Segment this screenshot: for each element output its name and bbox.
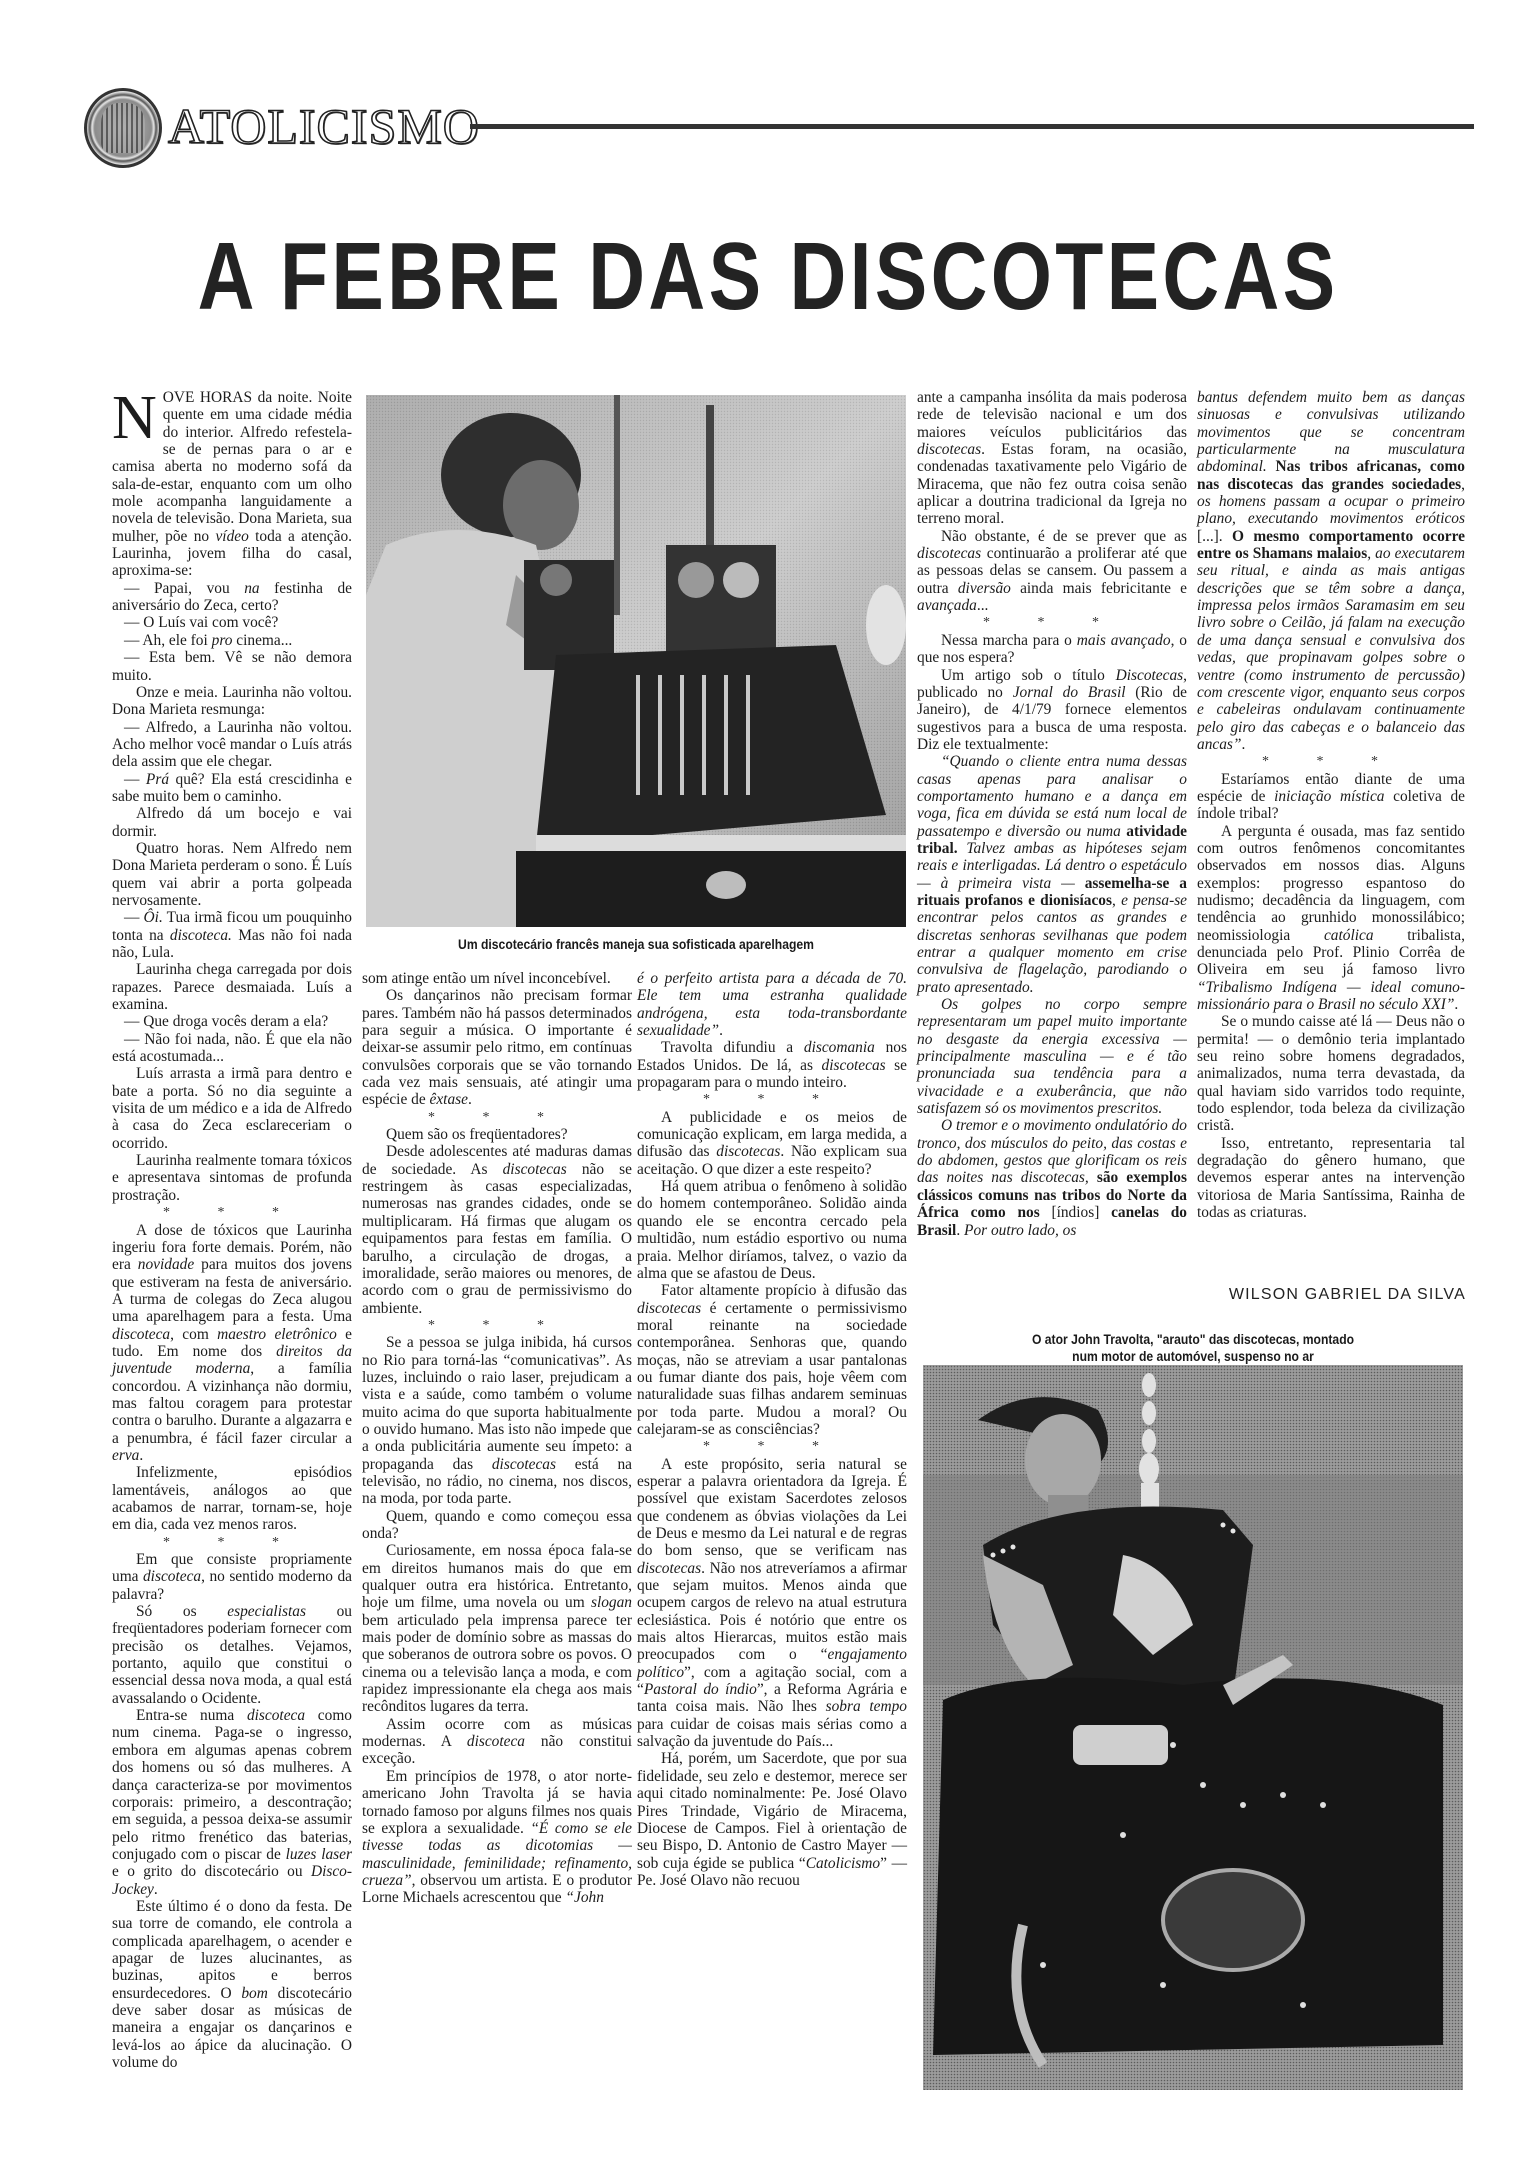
masthead-title: ATOLICISMO [168, 96, 480, 156]
article-paragraph: Infelizmente, episódios lamentáveis, aná… [112, 1464, 352, 1533]
section-separator: * * * [917, 614, 1187, 631]
article-paragraph: Se a pessoa se julga inibida, há cursos … [362, 1334, 632, 1507]
article-paragraph: Quatro horas. Nem Alfredo nem Dona Marie… [112, 840, 352, 909]
dialogue-line: — Que droga vocês deram a ela? [112, 1013, 352, 1030]
article-paragraph: Em princípios de 1978, o ator norte-amer… [362, 1768, 632, 1907]
article-paragraph: NOVE HORAS da noite. Noite quente em uma… [112, 389, 352, 580]
section-separator: * * * [637, 1091, 907, 1108]
article-paragraph: A publicidade e os meios de comunicação … [637, 1109, 907, 1178]
article-paragraph: ante a campanha insólita da mais poderos… [917, 389, 1187, 528]
photo-travolta-caption-line1: O ator John Travolta, "arauto" das disco… [950, 1332, 1436, 1348]
dialogue-line: — Ah, ele foi pro cinema... [112, 632, 352, 649]
article-paragraph: Os golpes no corpo sempre representaram … [917, 996, 1187, 1117]
author-byline: WILSON GABRIEL DA SILVA [1198, 1286, 1466, 1304]
article-headline: A FEBRE DAS DISCOTECAS [138, 222, 1398, 332]
article-paragraph: Travolta difundiu a discomania nos Estad… [637, 1039, 907, 1091]
dialogue-line: — Esta bem. Vê se não demora muito. [112, 649, 352, 684]
john-travolta-image [923, 1365, 1463, 2090]
dialogue-line: — Papai, vou na festinha de aniversário … [112, 580, 352, 615]
article-paragraph: Estaríamos então diante de uma espécie d… [1197, 771, 1465, 823]
article-column-4: ante a campanha insólita da mais poderos… [917, 389, 1187, 1239]
dialogue-line: — O Luís vai com você? [112, 614, 352, 631]
article-paragraph: A este propósito, seria natural se esper… [637, 1456, 907, 1751]
article-paragraph: Nessa marcha para o mais avançado, o que… [917, 632, 1187, 667]
article-paragraph: Laurinha chega carregada por dois rapaze… [112, 961, 352, 1013]
article-column-2: som atinge então um nível inconcebível.O… [362, 970, 632, 1907]
article-paragraph: Onze e meia. Laurinha não voltou. Dona M… [112, 684, 352, 719]
seal-figures-icon [101, 103, 145, 153]
article-column-1: NOVE HORAS da noite. Noite quente em uma… [112, 389, 352, 2071]
photo-john-travolta [923, 1365, 1463, 2090]
article-paragraph: Alfredo dá um bocejo e vai dormir. [112, 805, 352, 840]
dialogue-line: — Prá quê? Ela está crescidinha e sabe m… [112, 771, 352, 806]
section-separator: * * * [112, 1534, 352, 1551]
article-paragraph: Este último é o dono da festa. De sua to… [112, 1898, 352, 2071]
article-column-3: é o perfeito artista para a década de 70… [637, 970, 907, 1889]
photo-disc-jockey-caption: Um discotecário francês maneja sua sofis… [393, 937, 879, 953]
article-paragraph: Há quem atribua o fenômeno à solidão do … [637, 1178, 907, 1282]
article-paragraph: Entra-se numa discoteca como num cinema.… [112, 1707, 352, 1898]
article-paragraph: Não obstante, é de se prever que as disc… [917, 528, 1187, 615]
masthead: ATOLICISMO [84, 86, 1474, 176]
dialogue-line: — Ôi. Tua irmã ficou um pouquinho tonta … [112, 909, 352, 961]
article-paragraph: som atinge então um nível inconcebível. [362, 970, 632, 987]
article-paragraph: Luís arrasta a irmã para dentro e bate a… [112, 1065, 352, 1152]
article-paragraph: Desde adolescentes até maduras damas de … [362, 1143, 632, 1316]
section-separator: * * * [1197, 753, 1465, 770]
article-paragraph: Quem são os freqüentadores? [362, 1126, 632, 1143]
dialogue-line: — Alfredo, a Laurinha não voltou. Acho m… [112, 719, 352, 771]
masthead-rule [470, 124, 1474, 129]
article-paragraph: bantus defendem muito bem as danças sinu… [1197, 389, 1465, 753]
article-paragraph: é o perfeito artista para a década de 70… [637, 970, 907, 1039]
article-paragraph: Há, porém, um Sacerdote, que por sua fid… [637, 1750, 907, 1889]
section-separator: * * * [637, 1438, 907, 1455]
section-separator: * * * [112, 1204, 352, 1221]
article-paragraph: O tremor e o movimento ondulatório do tr… [917, 1117, 1187, 1238]
article-paragraph: “Quando o cliente entra numa dessas casa… [917, 753, 1187, 996]
article-paragraph: Um artigo sob o título Discotecas, publi… [917, 667, 1187, 754]
article-paragraph: Curiosamente, em nossa época fala-se em … [362, 1542, 632, 1715]
section-separator: * * * [362, 1109, 632, 1126]
article-paragraph: A dose de tóxicos que Laurinha ingeriu f… [112, 1222, 352, 1465]
article-paragraph: Fator altamente propício à difusão das d… [637, 1282, 907, 1438]
article-column-5: bantus defendem muito bem as danças sinu… [1197, 389, 1465, 1222]
catolicismo-seal-icon [84, 88, 162, 168]
drop-cap: N [112, 393, 157, 443]
article-paragraph: Só os especialistas ou freqüentadores po… [112, 1603, 352, 1707]
article-paragraph: Em que consiste propriamente uma discote… [112, 1551, 352, 1603]
article-paragraph: Os dançarinos não precisam formar pares.… [362, 987, 632, 1108]
photo-disc-jockey [366, 395, 906, 927]
dialogue-line: — Não foi nada, não. É que ela não está … [112, 1031, 352, 1066]
section-separator: * * * [362, 1317, 632, 1334]
photo-travolta-caption-line2: num motor de automóvel, suspenso no ar [950, 1349, 1436, 1365]
article-paragraph: A pergunta é ousada, mas faz sentido com… [1197, 823, 1465, 1014]
article-paragraph: Laurinha realmente tomara tóxicos e apre… [112, 1152, 352, 1204]
disc-jockey-image [366, 395, 906, 927]
article-paragraph: Quem, quando e como começou essa onda? [362, 1508, 632, 1543]
article-paragraph: Se o mundo caisse até lá — Deus não o pe… [1197, 1013, 1465, 1134]
article-paragraph: Isso, entretanto, representaria tal degr… [1197, 1135, 1465, 1222]
article-paragraph: Assim ocorre com as músicas modernas. A … [362, 1716, 632, 1768]
